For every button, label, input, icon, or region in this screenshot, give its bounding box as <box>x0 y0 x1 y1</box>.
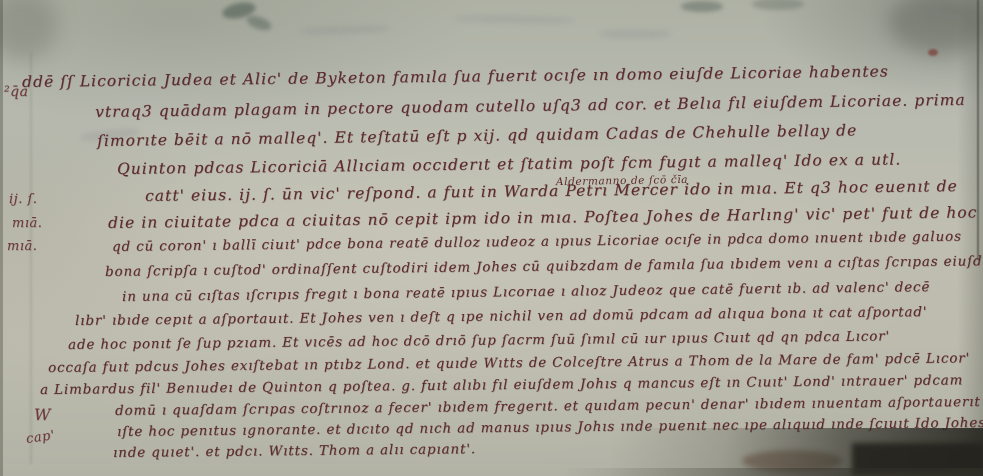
manuscript-line: ınde quıet'. et pdcı. Wıtts. Thom a alıı… <box>113 442 476 461</box>
manuscript-line: catt' eius. ij. ſ. ūn vic' reſpond. a fu… <box>145 177 958 205</box>
manuscript-line: ſimorıte bēit a nō malleq'. Et teſtatū e… <box>97 121 857 150</box>
manuscript-line: die in ciuitate pdca a ciuitas nō cepit … <box>108 203 978 232</box>
manuscript-line: ddē ſſ Licoricia Judea et Alic' de Byket… <box>22 62 889 91</box>
manuscript-line: occaſa fuıt pdcus Johes exıſtebat ın ptı… <box>48 351 970 376</box>
manuscript-line: ıſte hoc penıtus ıgnorante. et dıcıto qd… <box>117 416 983 440</box>
manuscript-photo: ²q̄a ij. ſ. mıā. mıā. W cap' Aldermanno … <box>0 0 983 476</box>
manuscript-line: lıbr' ıbıde cepıt a aſportauıt. Et Johes… <box>75 305 928 329</box>
manuscript-line: bona ſcripſa ı cuſtod' ordinaſſent cuſto… <box>105 254 983 280</box>
manuscript-line: domū ı quaſdam ſcrıpas coſtrınoz a fecer… <box>115 395 983 419</box>
manuscript-line: qd cū coron' ı ballī ciuıt' pdce bona re… <box>112 230 962 255</box>
manuscript-line: a Limbardus fil' Benıudeı de Quinton q p… <box>40 373 963 398</box>
manuscript-line: vtraq3 quādam plagam in pectore quodam c… <box>95 91 966 121</box>
manuscript-line: in una cū cıſtas ıſcrıpıs fregıt ı bona … <box>122 280 930 305</box>
text-block: ddē ſſ Licoricia Judea et Alic' de Byket… <box>0 0 983 476</box>
manuscript-line: ade hoc ponıt ſe ſup pzıam. Et vıcēs ad … <box>68 329 890 353</box>
manuscript-line: Quinton pdcas Licoriciā Allıciam occıder… <box>117 150 901 178</box>
